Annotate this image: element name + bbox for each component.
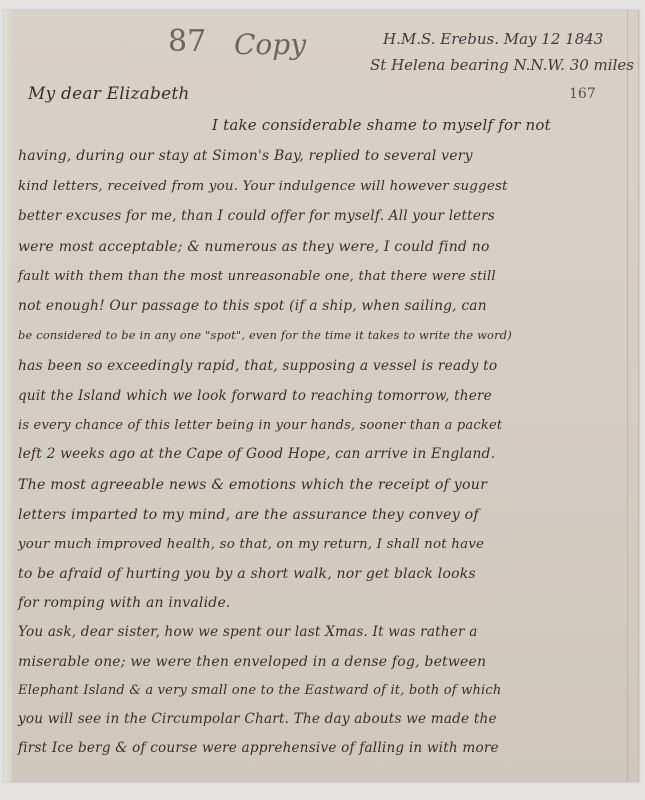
archive-reference-number: 87 xyxy=(168,24,206,59)
letter-line: You ask, dear sister, how we spent our l… xyxy=(18,626,478,640)
letter-line: you will see in the Circumpolar Chart. T… xyxy=(18,713,497,727)
letter-line: I take considerable shame to myself for … xyxy=(212,118,551,133)
letter-line: kind letters, received from you. Your in… xyxy=(18,180,508,193)
letter-line: left 2 weeks ago at the Cape of Good Hop… xyxy=(18,448,495,462)
letter-salutation: My dear Elizabeth xyxy=(28,86,190,103)
letter-line: The most agreeable news & emotions which… xyxy=(18,478,487,492)
letter-line: were most acceptable; & numerous as they… xyxy=(18,240,490,254)
letter-line: for romping with an invalide. xyxy=(18,596,231,610)
folio-number: 167 xyxy=(569,86,596,102)
letter-line: Elephant Island & a very small one to th… xyxy=(18,684,501,697)
letter-line: not enough! Our passage to this spot (if… xyxy=(18,300,487,314)
copy-annotation: Copy xyxy=(234,28,306,61)
letter-line: your much improved health, so that, on m… xyxy=(18,538,484,551)
letter-line: quit the Island which we look forward to… xyxy=(18,390,492,404)
letter-line: better excuses for me, than I could offe… xyxy=(18,210,495,224)
letter-line: has been so exceedingly rapid, that, sup… xyxy=(18,360,497,374)
letter-line: letters imparted to my mind, are the ass… xyxy=(18,508,479,522)
letter-line: is every chance of this letter being in … xyxy=(18,419,502,432)
letter-line: miserable one; we were then enveloped in… xyxy=(18,655,486,669)
letter-header-position: St Helena bearing N.N.W. 30 miles xyxy=(370,56,634,74)
letter-header-ship-date: H.M.S. Erebus. May 12 1843 xyxy=(383,30,603,48)
letter-line: having, during our stay at Simon's Bay, … xyxy=(18,149,473,163)
letter-line: fault with them than the most unreasonab… xyxy=(18,270,496,283)
letter-line: to be afraid of hurting you by a short w… xyxy=(18,567,476,581)
letter-line: first Ice berg & of course were apprehen… xyxy=(18,742,499,756)
letter-line: be considered to be in any one "spot", e… xyxy=(18,330,512,341)
